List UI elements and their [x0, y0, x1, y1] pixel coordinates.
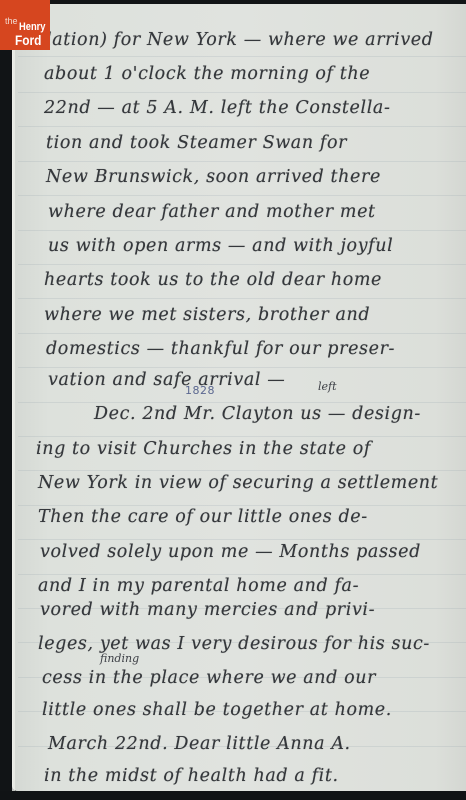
handwritten-line: us with open arms — and with joyful	[48, 236, 393, 256]
handwritten-line: Dec. 2nd Mr. Clayton us — design-	[94, 404, 421, 424]
handwritten-line: volved solely upon me — Months passed	[40, 542, 421, 562]
handwritten-line: hearts took us to the old dear home	[44, 270, 382, 290]
handwritten-line: vored with many mercies and privi-	[40, 600, 375, 620]
handwritten-line: little ones shall be together at home.	[42, 700, 392, 720]
ruled-line	[18, 402, 466, 403]
handwritten-line: vation and safe arrival —	[48, 370, 285, 390]
interlinear-insertion: finding	[100, 652, 139, 665]
interlinear-insertion: left	[318, 380, 337, 393]
ruled-line	[18, 333, 466, 334]
year-annotation: 1828	[185, 384, 215, 397]
ruled-line	[18, 161, 466, 162]
ruled-line	[18, 264, 466, 265]
handwritten-line: ing to visit Churches in the state of	[36, 439, 371, 459]
handwritten-line: cess in the place where we and our	[42, 668, 376, 688]
logo-text-ford: Ford	[15, 33, 41, 47]
ruled-line	[18, 574, 466, 575]
scan-bottom-border	[0, 791, 466, 800]
handwritten-line: domestics — thankful for our preser-	[46, 339, 395, 359]
ruled-line	[18, 298, 466, 299]
handwritten-line: New Brunswick, soon arrived there	[46, 167, 381, 187]
ruled-line	[18, 470, 466, 471]
ruled-line	[18, 126, 466, 127]
ruled-line	[18, 195, 466, 196]
logo-text-the: the	[5, 17, 18, 26]
handwritten-line: where we met sisters, brother and	[44, 305, 370, 325]
handwritten-line: where dear father and mother met	[48, 202, 376, 222]
ruled-line	[18, 367, 466, 368]
ruled-line	[18, 436, 466, 437]
handwritten-line: tion and took Steamer Swan for	[46, 133, 347, 153]
the-henry-ford-logo[interactable]: the Henry Ford	[0, 0, 50, 50]
document-viewer: lation) for New York — where we arrived …	[0, 0, 466, 800]
ruled-line	[18, 92, 466, 93]
handwritten-line: Then the care of our little ones de-	[38, 507, 368, 527]
page-edge	[12, 4, 15, 791]
handwritten-line: about 1 o'clock the morning of the	[44, 64, 370, 84]
handwritten-line: leges, yet was I very desirous for his s…	[38, 634, 430, 654]
handwritten-line: March 22nd. Dear little Anna A.	[48, 734, 351, 754]
ruled-line	[18, 505, 466, 506]
handwritten-line: in the midst of health had a fit.	[44, 766, 339, 786]
handwritten-line: 22nd — at 5 A. M. left the Constella-	[44, 98, 390, 118]
handwritten-line: lation) for New York — where we arrived	[46, 30, 434, 50]
handwritten-line: and I in my parental home and fa-	[38, 576, 359, 596]
ruled-line	[18, 539, 466, 540]
ruled-line	[18, 230, 466, 231]
ruled-line	[18, 56, 466, 57]
handwritten-line: New York in view of securing a settlemen…	[38, 473, 438, 493]
